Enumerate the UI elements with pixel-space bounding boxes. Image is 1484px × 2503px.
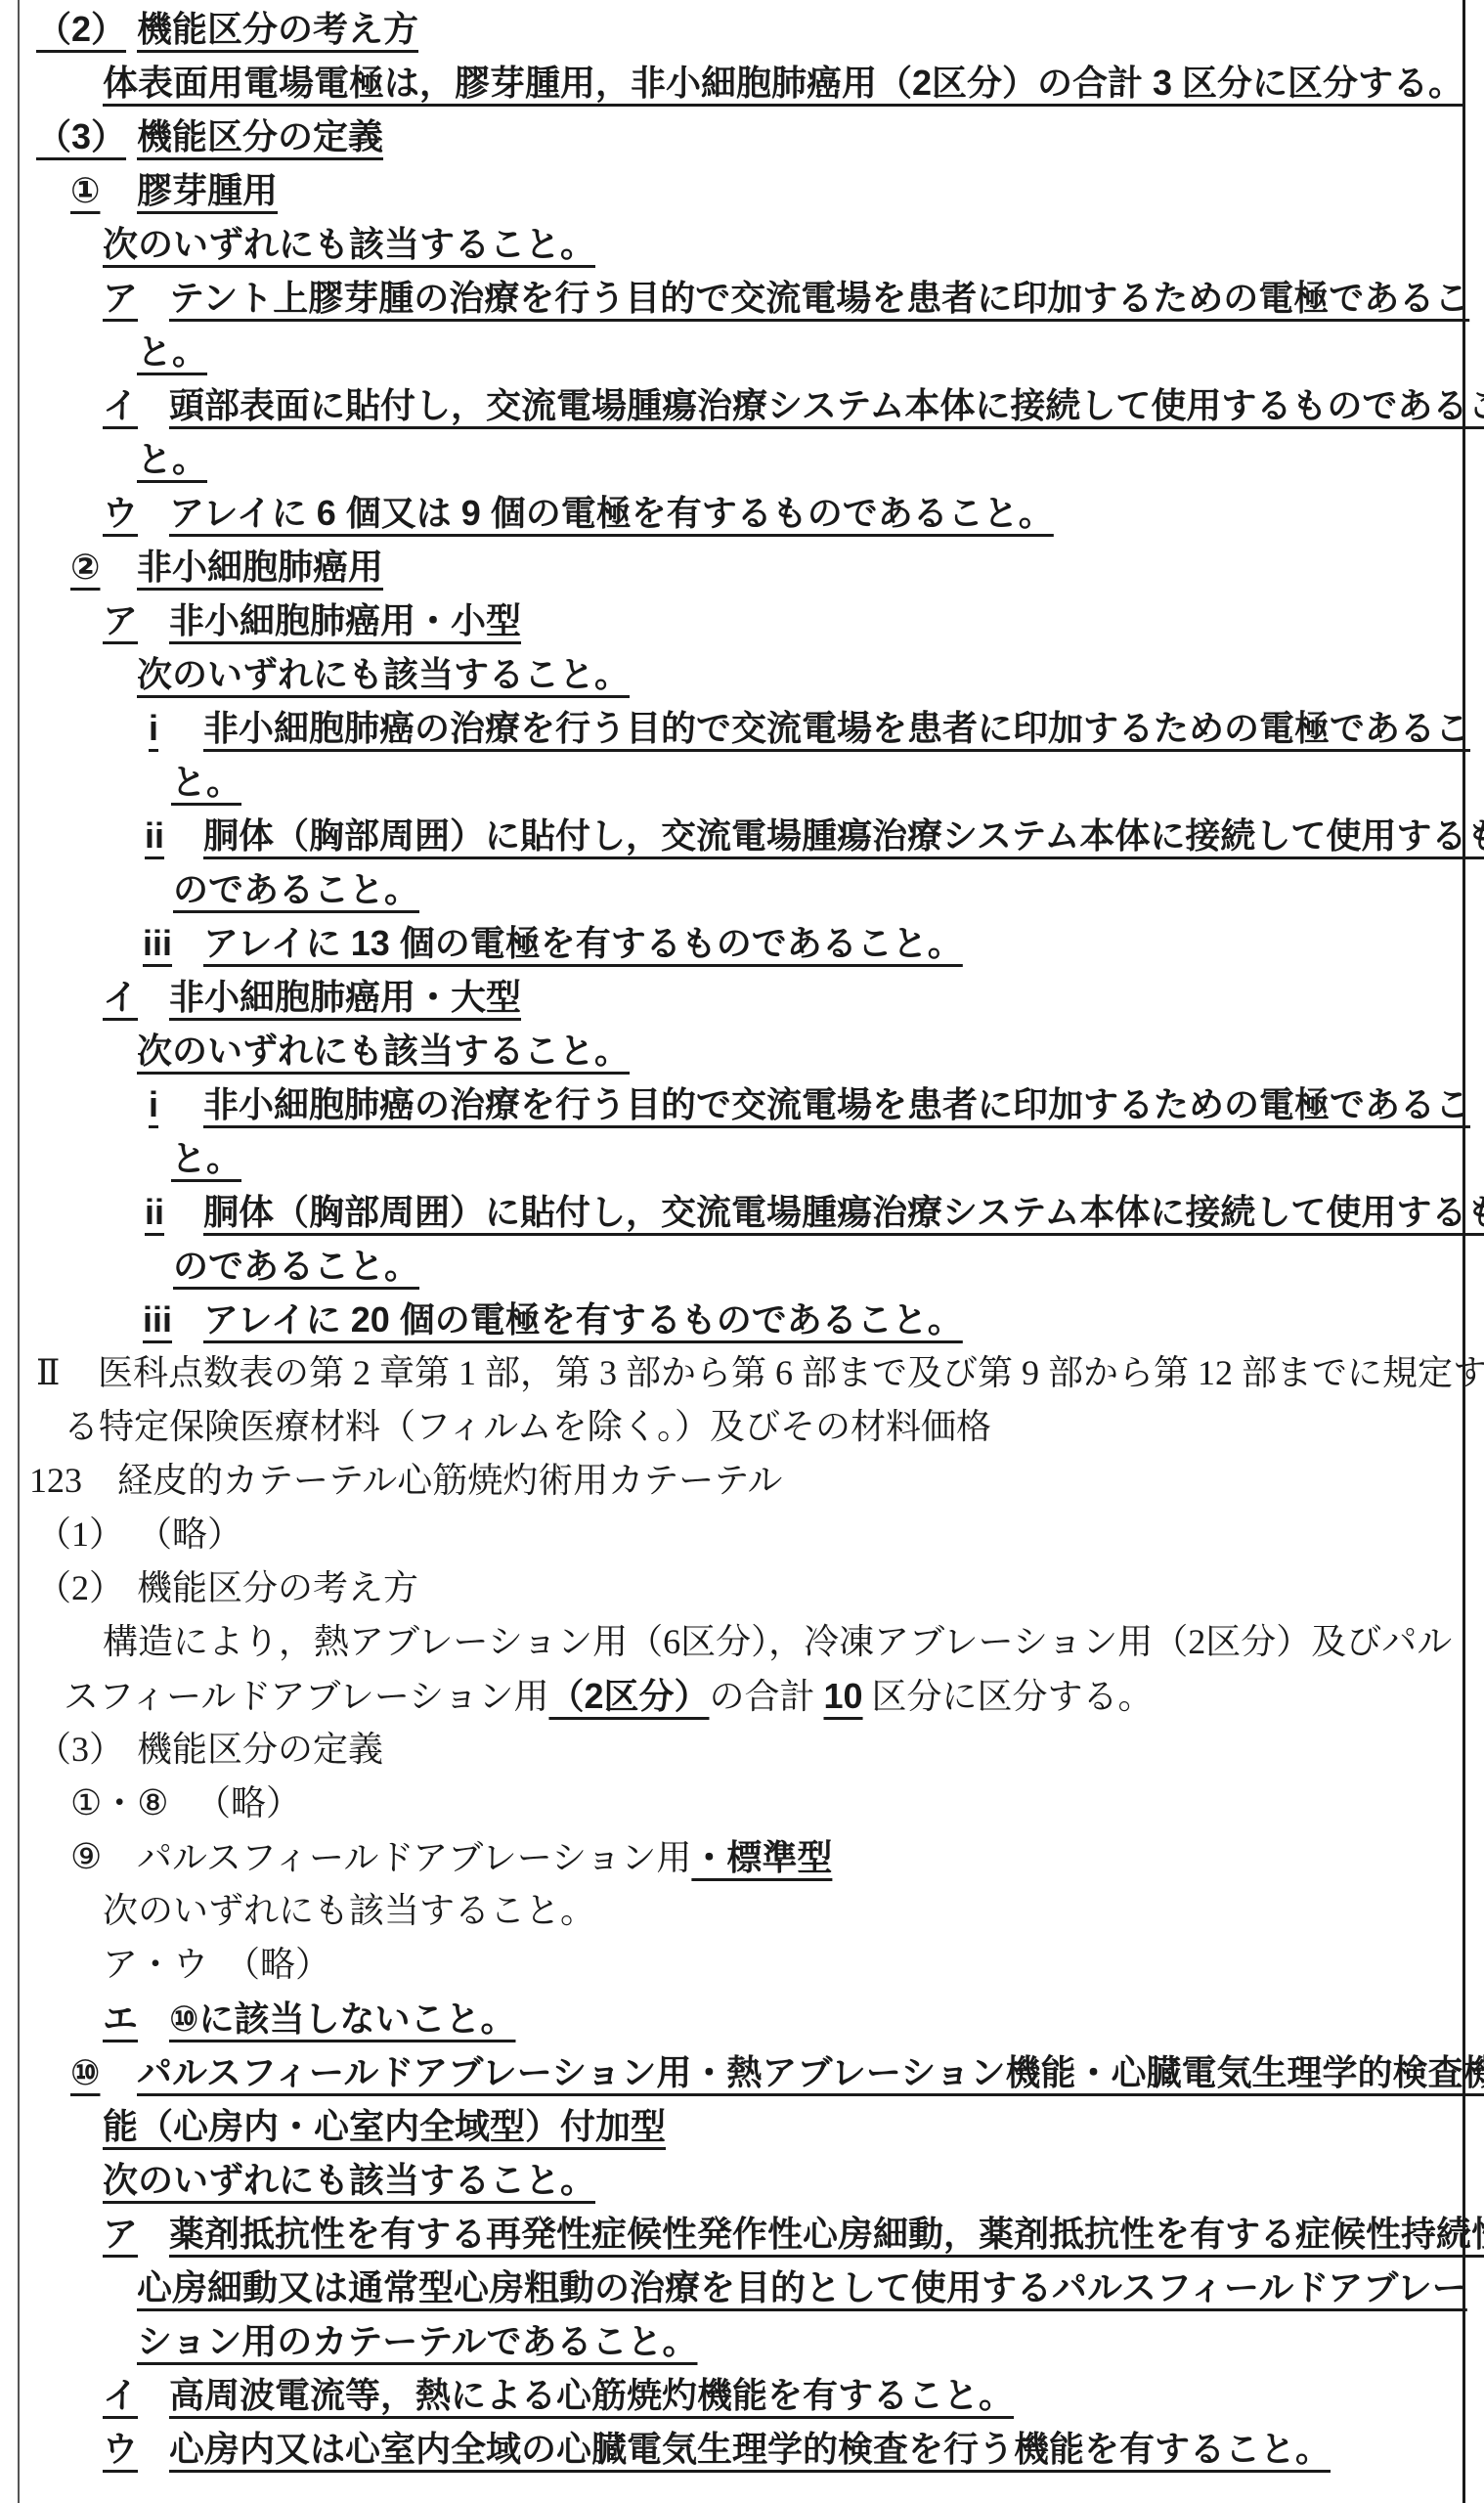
document-line: ア・ウ（略）: [0, 1938, 1484, 1992]
text-segment: 区分に区分する。: [863, 1677, 1154, 1716]
line-marker: ii: [145, 809, 164, 862]
text-segment: のであること。: [173, 869, 419, 909]
document-line: iiiアレイに 13 個の電極を有するものであること。: [0, 916, 1484, 970]
text-segment: 高周波電流等，熱による心筋焼灼機能を有すること。: [169, 2375, 1014, 2415]
text-segment: 次のいずれにも該当すること。: [103, 2160, 595, 2200]
text-segment: 医科点数表の第 2 章第 1 部，第 3 部から第 6 部まで及び第 9 部から…: [98, 1353, 1484, 1392]
text-segment: 非小細胞肺癌用: [137, 547, 383, 587]
document-line: アテント上膠芽腫の治療を行う目的で交流電場を患者に印加するための電極であるこ: [0, 271, 1484, 325]
document-line: ア非小細胞肺癌用・小型: [0, 593, 1484, 647]
text-segment: の合計: [709, 1677, 823, 1716]
document-line: i非小細胞肺癌の治療を行う目的で交流電場を患者に印加するための電極であるこ: [0, 1077, 1484, 1131]
text-segment: （略）: [225, 1945, 330, 1984]
document-line: ア薬剤抵抗性を有する再発性症候性発作性心房細動，薬剤抵抗性を有する症候性持続性: [0, 2207, 1484, 2261]
document-line: ii胴体（胸部周囲）に貼付し，交流電場腫瘍治療システム本体に接続して使用するも: [0, 809, 1484, 862]
text-segment: ・標準型: [691, 1837, 832, 1877]
text-segment: 10: [824, 1676, 863, 1716]
document-line: のであること。: [0, 1239, 1484, 1293]
line-marker: ⑩: [70, 2045, 100, 2099]
text-segment: アレイに 13 個の電極を有するものであること。: [203, 923, 963, 963]
line-marker: ア・ウ: [103, 1938, 208, 1992]
text-segment: 心房細動又は通常型心房粗動の治療を目的として使用するパルスフィールドアブレー: [137, 2267, 1467, 2307]
text-segment: と。: [137, 439, 207, 479]
document-line: スフィールドアブレーション用（2区分）の合計 10 区分に区分する。: [0, 1669, 1484, 1723]
document-line: Ⅱ医科点数表の第 2 章第 1 部，第 3 部から第 6 部まで及び第 9 部か…: [0, 1346, 1484, 1400]
document-line: ⑩パルスフィールドアブレーション用・熱アブレーション機能・心臓電気生理学的検査機: [0, 2045, 1484, 2099]
text-segment: 胴体（胸部周囲）に貼付し，交流電場腫瘍治療システム本体に接続して使用するも: [203, 1192, 1484, 1232]
document-line: ウ心房内又は心室内全域の心臓電気生理学的検査を行う機能を有すること。: [0, 2422, 1484, 2476]
line-marker: （2）: [36, 2, 126, 56]
line-marker: ウ: [103, 486, 138, 540]
line-marker: （1）: [36, 1508, 124, 1561]
document-line: 構造により，熱アブレーション用（6区分），冷凍アブレーション用（2区分）及びパル: [0, 1615, 1484, 1669]
document-line: ⑨パルスフィールドアブレーション用・標準型: [0, 1830, 1484, 1884]
document-line: 次のいずれにも該当すること。: [0, 217, 1484, 271]
document-page: （2）機能区分の考え方体表面用電場電極は，膠芽腫用，非小細胞肺癌用（2区分）の合…: [0, 0, 1484, 2503]
text-segment: ⑩に該当しないこと。: [169, 1998, 515, 2039]
document-line: エ⑩に該当しないこと。: [0, 1992, 1484, 2045]
text-segment: と。: [171, 1138, 241, 1178]
line-marker: ②: [70, 540, 100, 593]
text-segment: 構造により，熱アブレーション用（6区分），冷凍アブレーション用（2区分）及びパル: [103, 1622, 1452, 1661]
document-lines: （2）機能区分の考え方体表面用電場電極は，膠芽腫用，非小細胞肺癌用（2区分）の合…: [0, 0, 1484, 2476]
text-segment: 次のいずれにも該当すること。: [103, 1891, 595, 1930]
text-segment: る特定保険医療材料（フィルムを除く。）及びその材料価格: [64, 1407, 991, 1446]
document-line: と。: [0, 755, 1484, 809]
line-marker: ⑨: [70, 1830, 102, 1884]
document-line: 次のいずれにも該当すること。: [0, 1884, 1484, 1938]
line-marker: ウ: [103, 2422, 138, 2476]
document-line: ション用のカテーテルであること。: [0, 2314, 1484, 2368]
text-segment: ション用のカテーテルであること。: [137, 2321, 697, 2361]
text-segment: （2区分）: [548, 1676, 709, 1716]
line-marker: イ: [103, 378, 138, 432]
document-line: 心房細動又は通常型心房粗動の治療を目的として使用するパルスフィールドアブレー: [0, 2261, 1484, 2314]
text-segment: 経皮的カテーテル心筋焼灼術用カテーテル: [117, 1461, 782, 1500]
line-marker: （2）: [36, 1561, 124, 1615]
document-line: と。: [0, 1131, 1484, 1185]
line-marker: ア: [103, 593, 138, 647]
document-line: と。: [0, 432, 1484, 486]
text-segment: （略）: [137, 1515, 242, 1554]
document-line: （2）機能区分の考え方: [0, 2, 1484, 56]
document-line: 次のいずれにも該当すること。: [0, 647, 1484, 701]
line-marker: iii: [143, 916, 172, 970]
text-segment: アレイに 6 個又は 9 個の電極を有するものであること。: [169, 493, 1054, 533]
text-segment: スフィールドアブレーション用: [64, 1677, 548, 1716]
document-line: 次のいずれにも該当すること。: [0, 2153, 1484, 2207]
line-marker: ①・⑧: [70, 1777, 169, 1830]
text-segment: 胴体（胸部周囲）に貼付し，交流電場腫瘍治療システム本体に接続して使用するも: [203, 815, 1484, 856]
line-marker: ア: [103, 271, 138, 325]
line-marker: （3）: [36, 1723, 124, 1777]
document-line: 体表面用電場電極は，膠芽腫用，非小細胞肺癌用（2区分）の合計 3 区分に区分する…: [0, 56, 1484, 110]
line-marker: （3）: [36, 110, 126, 163]
document-line: イ非小細胞肺癌用・大型: [0, 970, 1484, 1024]
document-line: （3）機能区分の定義: [0, 1723, 1484, 1777]
text-segment: のであること。: [173, 1246, 419, 1286]
line-marker: Ⅱ: [36, 1346, 60, 1400]
text-segment: パルスフィールドアブレーション用: [137, 1838, 691, 1877]
line-marker: ①: [70, 163, 100, 217]
line-marker: iii: [143, 1293, 172, 1346]
line-marker: 123: [29, 1454, 82, 1508]
text-segment: 非小細胞肺癌の治療を行う目的で交流電場を患者に印加するための電極であるこ: [203, 708, 1470, 748]
line-marker: i: [149, 1077, 158, 1131]
text-segment: 頭部表面に貼付し，交流電場腫瘍治療システム本体に接続して使用するものであるこ: [169, 385, 1484, 425]
document-line: イ高周波電流等，熱による心筋焼灼機能を有すること。: [0, 2368, 1484, 2422]
text-segment: 非小細胞肺癌用・小型: [169, 600, 521, 640]
document-line: のであること。: [0, 862, 1484, 916]
document-line: る特定保険医療材料（フィルムを除く。）及びその材料価格: [0, 1400, 1484, 1454]
document-line: （2）機能区分の考え方: [0, 1561, 1484, 1615]
text-segment: 薬剤抵抗性を有する再発性症候性発作性心房細動，薬剤抵抗性を有する症候性持続性: [169, 2214, 1484, 2254]
line-marker: エ: [103, 1992, 138, 2045]
document-line: iiiアレイに 20 個の電極を有するものであること。: [0, 1293, 1484, 1346]
line-marker: i: [149, 701, 158, 755]
text-segment: 次のいずれにも該当すること。: [137, 654, 630, 694]
document-line: ①膠芽腫用: [0, 163, 1484, 217]
line-marker: ア: [103, 2207, 138, 2261]
text-segment: 機能区分の定義: [137, 116, 383, 156]
text-segment: 能（心房内・心室内全域型）付加型: [103, 2106, 666, 2146]
document-line: （1）（略）: [0, 1508, 1484, 1561]
text-segment: 膠芽腫用: [137, 170, 278, 210]
text-segment: 機能区分の定義: [137, 1730, 383, 1769]
text-segment: 心房内又は心室内全域の心臓電気生理学的検査を行う機能を有すること。: [169, 2429, 1331, 2469]
line-marker: イ: [103, 970, 138, 1024]
text-segment: 体表面用電場電極は，膠芽腫用，非小細胞肺癌用（2区分）の合計 3 区分に区分する…: [103, 63, 1463, 103]
document-line: ②非小細胞肺癌用: [0, 540, 1484, 593]
text-segment: と。: [171, 762, 241, 802]
text-segment: パルスフィールドアブレーション用・熱アブレーション機能・心臓電気生理学的検査機: [137, 2052, 1484, 2092]
document-line: （3）機能区分の定義: [0, 110, 1484, 163]
document-line: と。: [0, 325, 1484, 378]
text-segment: 次のいずれにも該当すること。: [103, 224, 595, 264]
document-line: ii胴体（胸部周囲）に貼付し，交流電場腫瘍治療システム本体に接続して使用するも: [0, 1185, 1484, 1239]
document-line: 能（心房内・心室内全域型）付加型: [0, 2099, 1484, 2153]
document-line: ①・⑧（略）: [0, 1777, 1484, 1830]
document-line: i非小細胞肺癌の治療を行う目的で交流電場を患者に印加するための電極であるこ: [0, 701, 1484, 755]
text-segment: 次のいずれにも該当すること。: [137, 1031, 630, 1071]
document-line: ウアレイに 6 個又は 9 個の電極を有するものであること。: [0, 486, 1484, 540]
document-line: 123経皮的カテーテル心筋焼灼術用カテーテル: [0, 1454, 1484, 1508]
text-segment: と。: [137, 331, 207, 372]
line-marker: イ: [103, 2368, 138, 2422]
line-marker: ii: [145, 1185, 164, 1239]
text-segment: テント上膠芽腫の治療を行う目的で交流電場を患者に印加するための電極であるこ: [169, 278, 1469, 318]
text-segment: アレイに 20 個の電極を有するものであること。: [203, 1299, 963, 1339]
text-segment: 非小細胞肺癌の治療を行う目的で交流電場を患者に印加するための電極であるこ: [203, 1084, 1470, 1124]
text-segment: 非小細胞肺癌用・大型: [169, 977, 521, 1017]
text-segment: （略）: [196, 1783, 301, 1822]
text-segment: 機能区分の考え方: [137, 9, 418, 49]
text-segment: 機能区分の考え方: [137, 1568, 418, 1607]
document-line: イ頭部表面に貼付し，交流電場腫瘍治療システム本体に接続して使用するものであるこ: [0, 378, 1484, 432]
document-line: 次のいずれにも該当すること。: [0, 1024, 1484, 1077]
